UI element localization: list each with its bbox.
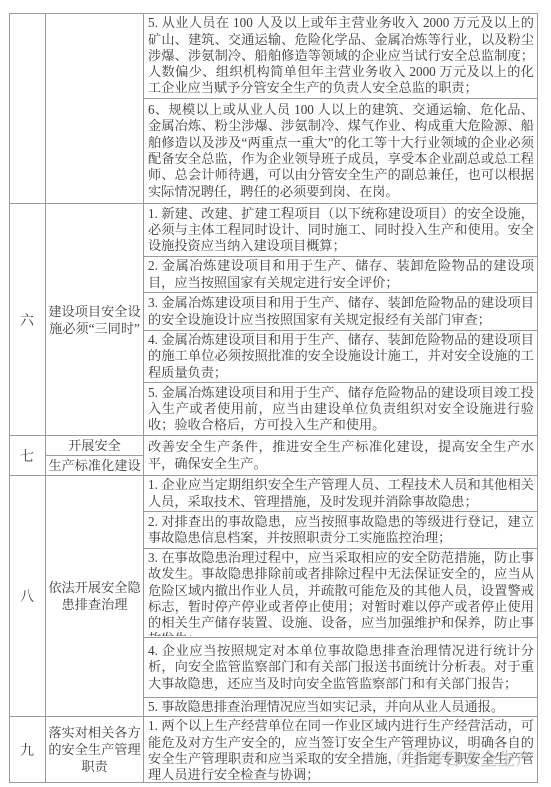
- item-0-5: 5. 从业人员在 100 人及以上或年主营业务收入 2000 万元及以上的矿山、…: [144, 14, 538, 99]
- section-7-title-top: 开展安全: [46, 436, 144, 456]
- item-8-2: 2. 对排查出的事故隐患，应当按照事故隐患的等级进行登记，建立事故隐患信息档案，…: [144, 512, 538, 549]
- section-0-number: [10, 14, 46, 204]
- section-6-number: 六: [10, 204, 46, 436]
- document-page: 5. 从业人员在 100 人及以上或年主营业务收入 2000 万元及以上的矿山、…: [0, 0, 551, 787]
- section-8-number: 八: [10, 476, 46, 717]
- item-6-4: 4. 金属冶炼建设项目和用于生产、储存、装卸危险物品的建设项目的施工单位必须按照…: [144, 331, 538, 383]
- item-8-5: 5. 事故隐患排查治理情况应当如实记录，并向从业人员通报。: [144, 698, 538, 717]
- safety-regulation-table: 5. 从业人员在 100 人及以上或年主营业务收入 2000 万元及以上的矿山、…: [9, 13, 538, 783]
- item-0-6: 6、规模以上或从业人员 100 人以上的建筑、交通运输、危化品、金属冶炼、粉尘涉…: [144, 99, 538, 204]
- section-7-number: 七: [10, 436, 46, 476]
- section-0-title: [46, 14, 144, 204]
- section-6-title: 建设项目安全设施必须“三同时”: [46, 204, 144, 436]
- item-6-5: 5. 金属冶炼建设项目和用于生产、储存危险物品的建设项目竣工投入生产或者使用前，…: [144, 383, 538, 436]
- section-9-title: 落实对相关各方的安全生产管理职责: [46, 717, 144, 783]
- item-8-4: 4. 企业应当按照规定对本单位事故隐患排查治理情况进行统计分析，向安全监管监察部…: [144, 638, 538, 698]
- item-6-2: 2. 金属冶炼建设项目和用于生产、储存、装卸危险物品的建设项目，应当按照国家有关…: [144, 257, 538, 293]
- item-8-1: 1. 企业应当定期组织安全生产管理人员、工程技术人员和其他相关人员，采取技术、管…: [144, 476, 538, 512]
- item-6-3: 3. 金属冶炼建设项目和用于生产、储存、装卸危险物品的建设项目的安全设施设计应当…: [144, 293, 538, 331]
- item-7-1: 改善安全生产条件，推进安全生产标准化建设，提高安全生产水平，确保安全生产。: [144, 436, 538, 476]
- section-9-number: 九: [10, 717, 46, 783]
- item-8-3: 3. 在事故隐患治理过程中，应当采取相应的安全防范措施，防止事故发生。事故隐患排…: [144, 549, 538, 638]
- section-7-title-bottom: 生产标准化建设: [46, 456, 144, 476]
- item-9-1: 1. 两个以上生产经营单位在同一作业区域内进行生产经营活动，可能危及对方生产安全…: [144, 717, 538, 783]
- item-6-1: 1. 新建、改建、扩建工程项目（以下统称建设项目）的安全设施，必须与主体工程同时…: [144, 204, 538, 257]
- section-8-title: 依法开展安全隐患排查治理: [46, 476, 144, 717]
